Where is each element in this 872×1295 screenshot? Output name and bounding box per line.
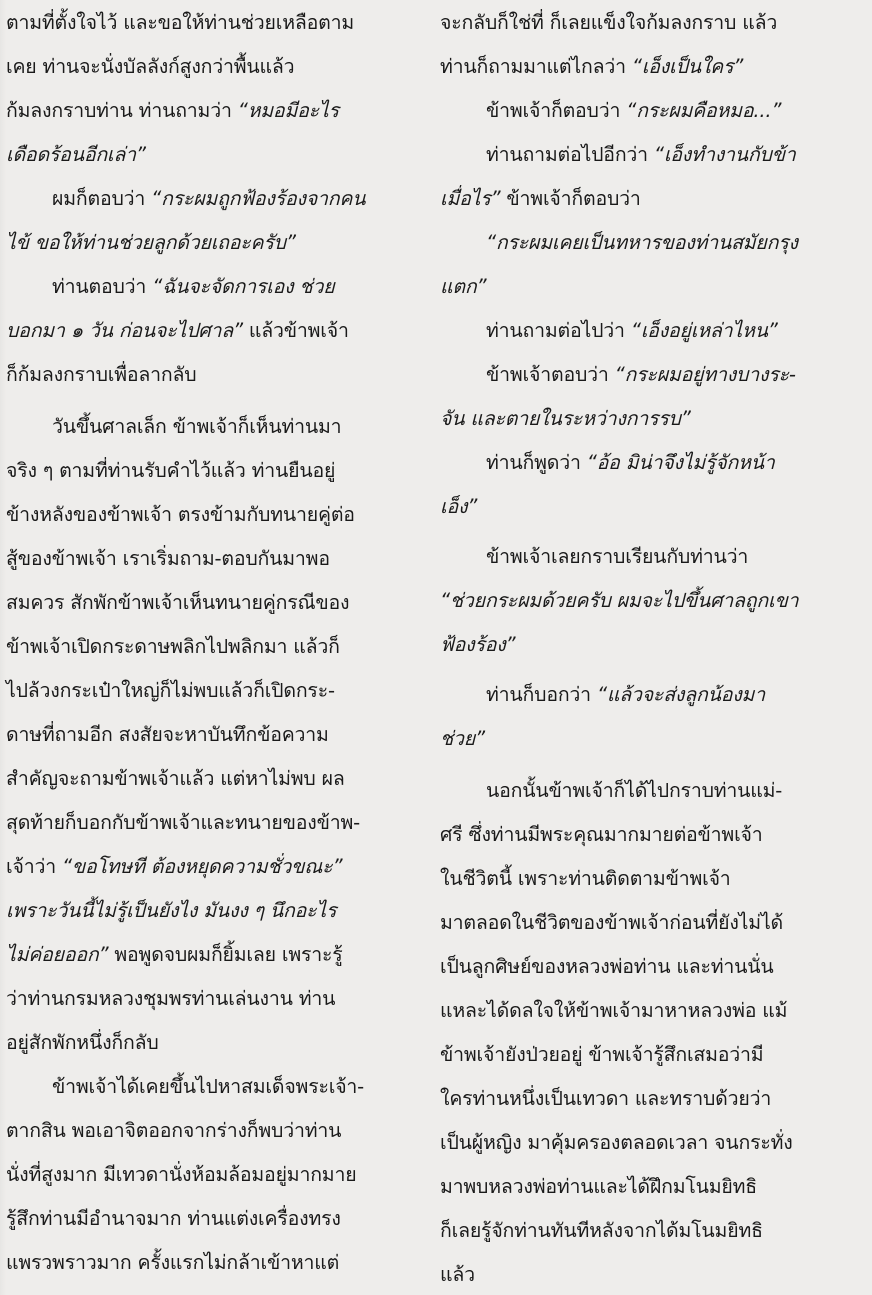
- quoted-speech: “ช่วยกระผมด้วยครับ ผมจะไปขึ้นศาลถูกเขา: [440, 589, 798, 612]
- body-text: ท่านก็พูดว่า: [486, 451, 587, 474]
- body-text: ข้าพเจ้าตอบว่า: [486, 363, 615, 386]
- body-text: ก็เลยรู้จักท่านทันทีหลังจากได้มโนมยิทธิ: [440, 1219, 763, 1242]
- quoted-speech: “แล้วจะส่งลูกน้องมา: [597, 683, 765, 706]
- body-text: ข้าพเจ้าเปิดกระดาษพลิกไปพลิกมา แล้วก็: [6, 635, 340, 658]
- text-line: ท่านก็พูดว่า “อ้อ มิน่าจึงไม่รู้จักหน้า: [440, 442, 775, 484]
- quoted-speech: “กระผมอยู่ทางบางระ-: [615, 363, 796, 386]
- body-text: แพรวพราวมาก ครั้งแรกไม่กล้าเข้าหาแต่: [6, 1251, 339, 1274]
- text-line: ก้มลงกราบท่าน ท่านถามว่า “หมอมีอะไร: [6, 90, 339, 132]
- text-line: ข้าพเจ้าตอบว่า “กระผมอยู่ทางบางระ-: [440, 354, 796, 396]
- body-text: ไปล้วงกระเป๋าใหญ่ก็ไม่พบแล้วก็เปิดกระ-: [6, 679, 335, 702]
- quoted-speech: บอกมา ๑ วัน ก่อนจะไปศาล”: [6, 319, 243, 342]
- quoted-speech: “เอ็งทำงานกับข้า: [654, 143, 796, 166]
- body-text: แหละได้ดลใจให้ข้าพเจ้ามาหาหลวงพ่อ แม้: [440, 999, 787, 1022]
- body-text: นอกนั้นข้าพเจ้าก็ได้ไปกราบท่านแม่-: [486, 779, 782, 802]
- quoted-speech: “กระผมคือหมอ...”: [626, 99, 781, 122]
- text-line: ท่านถามต่อไปว่า “เอ็งอยู่เหล่าไหน”: [440, 310, 778, 352]
- body-text: สู้ของข้าพเจ้า เราเริ่มถาม-ตอบกันมาพอ: [6, 547, 330, 570]
- body-text: ศรี ซึ่งท่านมีพระคุณมากมายต่อข้าพเจ้า: [440, 823, 763, 846]
- body-text: ในชีวิตนี้ เพราะท่านติดตามข้าพเจ้า: [440, 867, 731, 890]
- text-line: เป็นผู้หญิง มาคุ้มครองตลอดเวลา จนกระทั่ง: [440, 1122, 793, 1164]
- body-text: เป็นผู้หญิง มาคุ้มครองตลอดเวลา จนกระทั่ง: [440, 1131, 793, 1154]
- body-text: ท่านถามต่อไปว่า: [486, 319, 631, 342]
- text-line: ไข้ ขอให้ท่านช่วยลูกด้วยเถอะครับ”: [6, 222, 296, 264]
- text-line: สมควร สักพักข้าพเจ้าเห็นทนายคู่กรณีของ: [6, 582, 349, 624]
- body-text: สำคัญจะถามข้าพเจ้าแล้ว แต่หาไม่พบ ผล: [6, 767, 345, 790]
- text-line: ก็เลยรู้จักท่านทันทีหลังจากได้มโนมยิทธิ: [440, 1210, 763, 1252]
- body-text: ข้าพเจ้าก็ตอบว่า: [500, 187, 640, 210]
- quoted-speech: ฟ้องร้อง”: [440, 633, 515, 656]
- text-line: รู้สึกท่านมีอำนาจมาก ท่านแต่งเครื่องทรง: [6, 1198, 341, 1240]
- body-text: จริง ๆ ตามที่ท่านรับคำไว้แล้ว ท่านยืนอยู…: [6, 459, 335, 482]
- scanned-book-page: ตามที่ตั้งใจไว้ และขอให้ท่านช่วยเหลือตาม…: [0, 0, 872, 1295]
- text-line: ศรี ซึ่งท่านมีพระคุณมากมายต่อข้าพเจ้า: [440, 814, 763, 856]
- body-text: สุดท้ายก็บอกกับข้าพเจ้าและทนายของข้าพ-: [6, 811, 360, 834]
- text-line: มาตลอดในชีวิตของข้าพเจ้าก่อนที่ยังไม่ได้: [440, 902, 783, 944]
- quoted-speech: “กระผมเคยเป็นทหารของท่านสมัยกรุง: [486, 231, 798, 254]
- text-line: ท่านถามต่อไปอีกว่า “เอ็งทำงานกับข้า: [440, 134, 796, 176]
- text-line: เจ้าว่า “ขอโทษที ต้องหยุดความชั่วขณะ”: [6, 846, 342, 888]
- text-line: ข้าพเจ้ายังป่วยอยู่ ข้าพเจ้ารู้สึกเสมอว่…: [440, 1034, 763, 1076]
- text-line: นั่งที่สูงมาก มีเทวดานั่งห้อมล้อมอยู่มาก…: [6, 1154, 356, 1196]
- quoted-speech: เพราะวันนี้ไม่รู้เป็นยังไง มันงง ๆ นึกอะ…: [6, 899, 336, 922]
- text-line: เป็นลูกศิษย์ของหลวงพ่อท่าน และท่านนั่น: [440, 946, 774, 988]
- text-line: ผมก็ตอบว่า “กระผมถูกฟ้องร้องจากคน: [6, 178, 365, 220]
- text-line: แหละได้ดลใจให้ข้าพเจ้ามาหาหลวงพ่อ แม้: [440, 990, 787, 1032]
- text-line: มาพบหลวงพ่อท่านและได้ฝึกมโนมยิทธิ: [440, 1166, 757, 1208]
- text-line: ก็ก้มลงกราบเพื่อลากลับ: [6, 354, 196, 396]
- body-text: ท่านก็ถามมาแต่ไกลว่า: [440, 55, 632, 78]
- text-line: ท่านก็ถามมาแต่ไกลว่า “เอ็งเป็นใคร”: [440, 46, 743, 88]
- text-line: สุดท้ายก็บอกกับข้าพเจ้าและทนายของข้าพ-: [6, 802, 360, 844]
- text-line: แล้ว: [440, 1254, 475, 1295]
- text-line: อยู่สักพักหนึ่งก็กลับ: [6, 1022, 159, 1064]
- text-line: ตากสิน พอเอาจิตออกจากร่างก็พบว่าท่าน: [6, 1110, 341, 1152]
- body-text: แล้ว: [440, 1263, 475, 1286]
- body-text: ข้าพเจ้าก็ตอบว่า: [486, 99, 626, 122]
- text-line: จัน และตายในระหว่างการรบ”: [440, 398, 691, 440]
- body-text: แล้วข้าพเจ้า: [243, 319, 349, 342]
- body-text: รู้สึกท่านมีอำนาจมาก ท่านแต่งเครื่องทรง: [6, 1207, 341, 1230]
- body-text: ข้างหลังของข้าพเจ้า ตรงข้ามกับทนายคู่ต่อ: [6, 503, 355, 526]
- quoted-speech: เดือดร้อนอีกเล่า”: [6, 143, 146, 166]
- text-line: นอกนั้นข้าพเจ้าก็ได้ไปกราบท่านแม่-: [440, 770, 782, 812]
- quoted-speech: แตก”: [440, 275, 486, 298]
- body-text: ข้าพเจ้าได้เคยขึ้นไปหาสมเด็จพระเจ้า-: [52, 1075, 364, 1098]
- text-line: ตามที่ตั้งใจไว้ และขอให้ท่านช่วยเหลือตาม: [6, 2, 354, 44]
- body-text: ข้าพเจ้าเลยกราบเรียนกับท่านว่า: [486, 545, 748, 568]
- quoted-speech: “เอ็งเป็นใคร”: [632, 55, 743, 78]
- body-text: มาพบหลวงพ่อท่านและได้ฝึกมโนมยิทธิ: [440, 1175, 757, 1198]
- body-text: เจ้าว่า: [6, 855, 62, 878]
- quoted-speech: ช่วย”: [440, 727, 485, 750]
- body-text: ก้มลงกราบท่าน ท่านถามว่า: [6, 99, 238, 122]
- text-line: ข้าพเจ้าเปิดกระดาษพลิกไปพลิกมา แล้วก็: [6, 626, 340, 668]
- text-line: เคย ท่านจะนั่งบัลลังก์สูงกว่าพื้นแล้ว: [6, 46, 294, 88]
- text-line: จะกลับก็ใช่ที่ ก็เลยแข็งใจก้มลงกราบ แล้ว: [440, 2, 777, 44]
- text-line: วันขึ้นศาลเล็ก ข้าพเจ้าก็เห็นท่านมา: [6, 406, 341, 448]
- text-line: ช่วย”: [440, 718, 485, 760]
- text-line: สู้ของข้าพเจ้า เราเริ่มถาม-ตอบกันมาพอ: [6, 538, 330, 580]
- body-text: ท่านก็บอกว่า: [486, 683, 597, 706]
- body-text: ใครท่านหนึ่งเป็นเทวดา และทราบด้วยว่า: [440, 1087, 771, 1110]
- text-line: เมื่อไร” ข้าพเจ้าก็ตอบว่า: [440, 178, 641, 220]
- text-line: ข้าพเจ้าได้เคยขึ้นไปหาสมเด็จพระเจ้า-: [6, 1066, 364, 1108]
- text-line: “ช่วยกระผมด้วยครับ ผมจะไปขึ้นศาลถูกเขา: [440, 580, 798, 622]
- body-text: นั่งที่สูงมาก มีเทวดานั่งห้อมล้อมอยู่มาก…: [6, 1163, 356, 1186]
- text-line: สำคัญจะถามข้าพเจ้าแล้ว แต่หาไม่พบ ผล: [6, 758, 345, 800]
- body-text: ท่านตอบว่า: [52, 275, 152, 298]
- text-line: ในชีวิตนี้ เพราะท่านติดตามข้าพเจ้า: [440, 858, 731, 900]
- text-line: ไปล้วงกระเป๋าใหญ่ก็ไม่พบแล้วก็เปิดกระ-: [6, 670, 335, 712]
- quoted-speech: ไข้ ขอให้ท่านช่วยลูกด้วยเถอะครับ”: [6, 231, 296, 254]
- body-text: พอพูดจบผมก็ยิ้มเลย เพราะรู้: [108, 943, 342, 966]
- body-text: เป็นลูกศิษย์ของหลวงพ่อท่าน และท่านนั่น: [440, 955, 774, 978]
- text-line: จริง ๆ ตามที่ท่านรับคำไว้แล้ว ท่านยืนอยู…: [6, 450, 335, 492]
- text-line: เดือดร้อนอีกเล่า”: [6, 134, 146, 176]
- text-line: เพราะวันนี้ไม่รู้เป็นยังไง มันงง ๆ นึกอะ…: [6, 890, 336, 932]
- body-text: ผมก็ตอบว่า: [52, 187, 151, 210]
- text-line: ข้าพเจ้าเลยกราบเรียนกับท่านว่า: [440, 536, 748, 578]
- text-line: เอ็ง”: [440, 486, 477, 528]
- body-text: วันขึ้นศาลเล็ก ข้าพเจ้าก็เห็นท่านมา: [52, 415, 341, 438]
- body-text: เคย ท่านจะนั่งบัลลังก์สูงกว่าพื้นแล้ว: [6, 55, 294, 78]
- body-text: ตามที่ตั้งใจไว้ และขอให้ท่านช่วยเหลือตาม: [6, 11, 354, 34]
- body-text: ดาษที่ถามอีก สงสัยจะหาบันทึกข้อความ: [6, 723, 329, 746]
- quoted-speech: “เอ็งอยู่เหล่าไหน”: [631, 319, 778, 342]
- quoted-speech: เมื่อไร”: [440, 187, 500, 210]
- quoted-speech: ไม่ค่อยออก”: [6, 943, 108, 966]
- text-line: ไม่ค่อยออก” พอพูดจบผมก็ยิ้มเลย เพราะรู้: [6, 934, 343, 976]
- body-text: สมควร สักพักข้าพเจ้าเห็นทนายคู่กรณีของ: [6, 591, 349, 614]
- quoted-speech: “อ้อ มิน่าจึงไม่รู้จักหน้า: [587, 451, 775, 474]
- text-line: แตก”: [440, 266, 486, 308]
- body-text: ตากสิน พอเอาจิตออกจากร่างก็พบว่าท่าน: [6, 1119, 341, 1142]
- text-line: ดาษที่ถามอีก สงสัยจะหาบันทึกข้อความ: [6, 714, 329, 756]
- text-line: ข้าพเจ้าก็ตอบว่า “กระผมคือหมอ...”: [440, 90, 781, 132]
- body-text: ข้าพเจ้ายังป่วยอยู่ ข้าพเจ้ารู้สึกเสมอว่…: [440, 1043, 763, 1066]
- text-line: แพรวพราวมาก ครั้งแรกไม่กล้าเข้าหาแต่: [6, 1242, 339, 1284]
- text-line: ข้างหลังของข้าพเจ้า ตรงข้ามกับทนายคู่ต่อ: [6, 494, 355, 536]
- body-text: ก็ก้มลงกราบเพื่อลากลับ: [6, 363, 196, 386]
- body-text: อยู่สักพักหนึ่งก็กลับ: [6, 1031, 159, 1054]
- text-line: ฟ้องร้อง”: [440, 624, 515, 666]
- text-line: “กระผมเคยเป็นทหารของท่านสมัยกรุง: [440, 222, 798, 264]
- quoted-speech: “หมอมีอะไร: [238, 99, 339, 122]
- quoted-speech: เอ็ง”: [440, 495, 477, 518]
- body-text: จะกลับก็ใช่ที่ ก็เลยแข็งใจก้มลงกราบ แล้ว: [440, 11, 777, 34]
- body-text: มาตลอดในชีวิตของข้าพเจ้าก่อนที่ยังไม่ได้: [440, 911, 783, 934]
- text-line: ว่าท่านกรมหลวงชุมพรท่านเล่นงาน ท่าน: [6, 978, 335, 1020]
- text-line: ท่านก็บอกว่า “แล้วจะส่งลูกน้องมา: [440, 674, 765, 716]
- text-line: บอกมา ๑ วัน ก่อนจะไปศาล” แล้วข้าพเจ้า: [6, 310, 349, 352]
- quoted-speech: “กระผมถูกฟ้องร้องจากคน: [151, 187, 365, 210]
- text-line: ท่านตอบว่า “ฉันจะจัดการเอง ช่วย: [6, 266, 334, 308]
- text-line: ใครท่านหนึ่งเป็นเทวดา และทราบด้วยว่า: [440, 1078, 771, 1120]
- body-text: ท่านถามต่อไปอีกว่า: [486, 143, 654, 166]
- body-text: ว่าท่านกรมหลวงชุมพรท่านเล่นงาน ท่าน: [6, 987, 335, 1010]
- quoted-speech: “ฉันจะจัดการเอง ช่วย: [152, 275, 334, 298]
- quoted-speech: “ขอโทษที ต้องหยุดความชั่วขณะ”: [62, 855, 342, 878]
- quoted-speech: จัน และตายในระหว่างการรบ”: [440, 407, 691, 430]
